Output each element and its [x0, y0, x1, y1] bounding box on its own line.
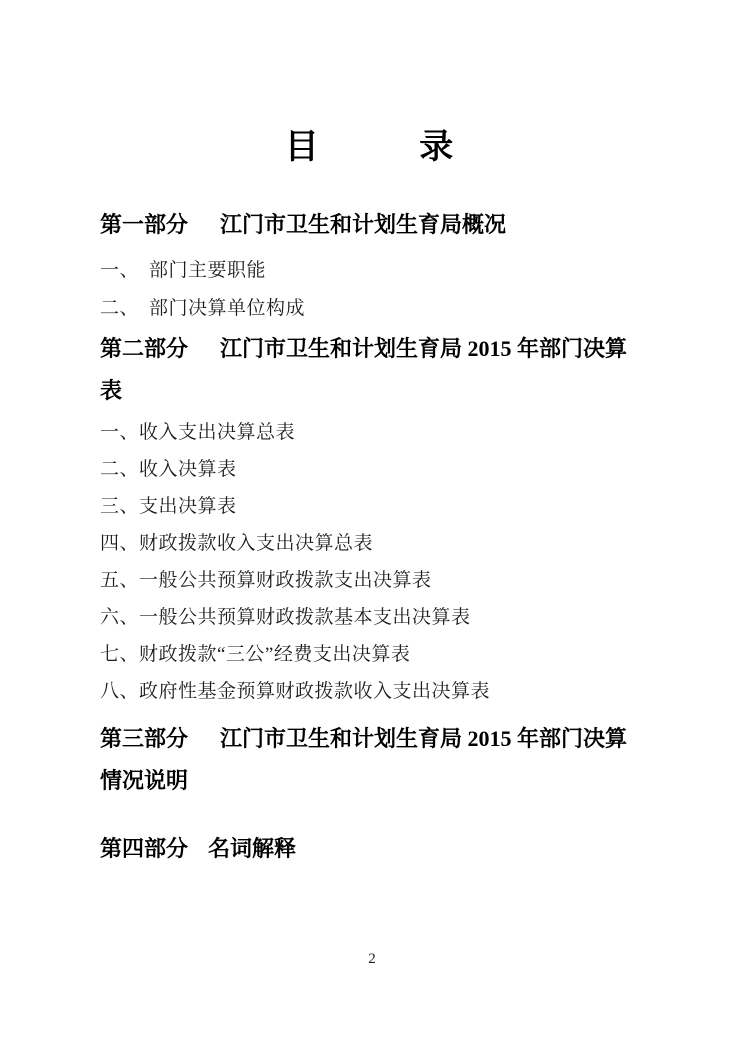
toc-item: 一、 部门主要职能 [100, 252, 640, 290]
section-4-title: 名词解释 [208, 836, 296, 861]
toc-item: 三、支出决算表 [100, 488, 640, 525]
section-2-part-label: 第二部分 [100, 336, 188, 361]
toc-item: 四、财政拨款收入支出决算总表 [100, 525, 640, 562]
section-1-title: 江门市卫生和计划生育局概况 [220, 212, 506, 237]
section-4-heading: 第四部分名词解释 [100, 828, 640, 870]
document-page: 目 录 第一部分江门市卫生和计划生育局概况 一、 部门主要职能 二、 部门决算单… [0, 0, 744, 1052]
section-3-heading: 第三部分江门市卫生和计划生育局 2015 年部门决算情况说明 [100, 718, 640, 802]
document-title: 目 录 [100, 126, 640, 170]
section-4-part-label: 第四部分 [100, 836, 188, 861]
toc-item: 二、 部门决算单位构成 [100, 290, 640, 328]
toc-content: 目 录 第一部分江门市卫生和计划生育局概况 一、 部门主要职能 二、 部门决算单… [100, 126, 640, 870]
toc-item: 二、收入决算表 [100, 451, 640, 488]
page-number: 2 [0, 951, 744, 968]
section-1-heading: 第一部分江门市卫生和计划生育局概况 [100, 204, 640, 246]
section-2-heading: 第二部分江门市卫生和计划生育局 2015 年部门决算表 [100, 328, 640, 412]
toc-item: 五、一般公共预算财政拨款支出决算表 [100, 562, 640, 599]
section-1-items: 一、 部门主要职能 二、 部门决算单位构成 [100, 252, 640, 328]
toc-item: 八、政府性基金预算财政拨款收入支出决算表 [100, 673, 640, 710]
section-3-part-label: 第三部分 [100, 726, 188, 751]
toc-item: 六、一般公共预算财政拨款基本支出决算表 [100, 599, 640, 636]
section-1-part-label: 第一部分 [100, 212, 188, 237]
section-2-items: 一、收入支出决算总表 二、收入决算表 三、支出决算表 四、财政拨款收入支出决算总… [100, 414, 640, 710]
toc-item: 七、财政拨款“三公”经费支出决算表 [100, 636, 640, 673]
toc-item: 一、收入支出决算总表 [100, 414, 640, 451]
